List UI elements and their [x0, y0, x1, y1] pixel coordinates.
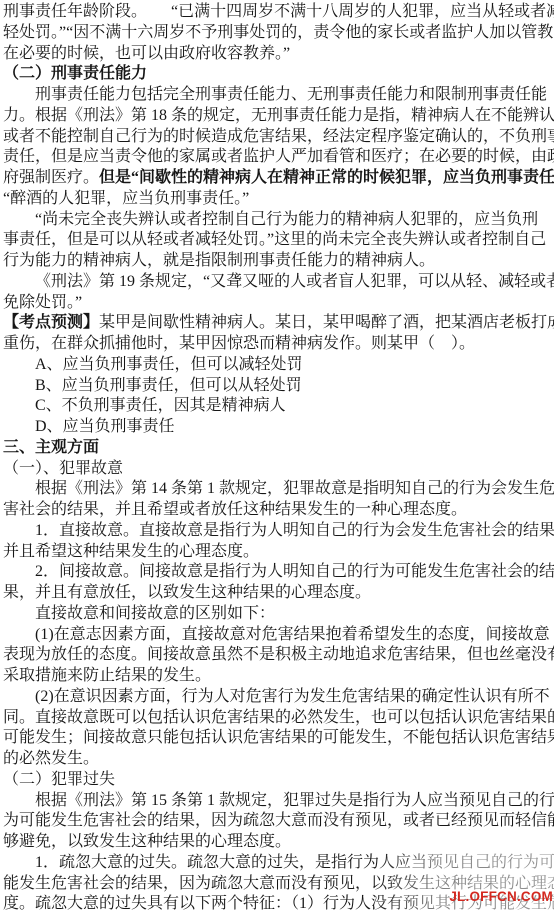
body-text: 为可能发生危害社会的结果，因为疏忽大意而没有预见，或者已经预见而轻信能 — [3, 812, 554, 829]
body-text: 行为能力的精神病人，就是指限制刑事责任能力的精神病人。 — [3, 252, 435, 269]
text-line: 同。直接故意既可以包括认识危害结果的必然发生，也可以包括认识危害结果的 — [3, 708, 553, 729]
emphasis-text: 但是“间歇性的精神病人在精神正常的时候犯罪，应当负刑事责任。” — [99, 169, 554, 186]
text-line: （二）犯罪过失 — [3, 770, 553, 791]
text-line: 并且希望这种结果发生的心理态度。 — [3, 542, 553, 563]
text-line: 责任，但是应当责令他的家属或者监护人严加看管和医疗；在必要的时候，由政 — [3, 147, 553, 168]
text-line: 行为能力的精神病人，就是指限制刑事责任能力的精神病人。 — [3, 251, 553, 272]
site-watermark: JL.OFFCN.COM — [449, 889, 553, 904]
text-line: 轻处罚。”“因不满十六周岁不予刑事处罚的，责令他的家长或者监护人加以管教； — [3, 23, 553, 44]
document-body: 刑事责任年龄阶段。 “已满十四周岁不满十八周岁的人犯罪，应当从轻或者减轻处罚。”… — [3, 2, 553, 915]
text-line: （一）、犯罪故意 — [3, 459, 553, 480]
body-text: 可能发生；间接故意只能包括认识危害结果的可能发生，不能包括认识危害结果 — [3, 729, 554, 746]
text-line: 2．间接故意。间接故意是指行为人明知自己的行为可能发生危害社会的结 — [3, 562, 553, 583]
body-text: （二）犯罪过失 — [3, 771, 115, 788]
body-text: 刑事责任能力包括完全刑事责任能力、无刑事责任能力和限制刑事责任能 — [35, 86, 547, 103]
emphasis-text: 【考点预测】 — [3, 314, 99, 331]
text-line: “尚未完全丧失辨认或者控制自己行为能力的精神病人犯罪的，应当负刑 — [3, 210, 553, 231]
body-text: 1．直接故意。直接故意是指行为人明知自己的行为会发生危害社会的结果， — [35, 522, 554, 539]
body-text: 轻处罚。”“因不满十六周岁不予刑事处罚的，责令他的家长或者监护人加以管教； — [3, 24, 554, 41]
text-line: 府强制医疗。但是“间歇性的精神病人在精神正常的时候犯罪，应当负刑事责任。” — [3, 168, 553, 189]
text-line: A、应当负刑事责任，但可以减轻处罚 — [3, 355, 553, 376]
body-text: 《刑法》第 19 条规定，“又聋又哑的人或者盲人犯罪，可以从轻、减轻或者 — [35, 273, 554, 290]
body-text: （一）、犯罪故意 — [3, 460, 123, 477]
text-line: 根据《刑法》第 15 条第 1 款规定，犯罪过失是指行为人应当预见自己的行 — [3, 791, 553, 812]
text-line: 刑事责任能力包括完全刑事责任能力、无刑事责任能力和限制刑事责任能 — [3, 85, 553, 106]
body-text: 的必然发生。 — [3, 750, 99, 767]
emphasis-text: 三、主观方面 — [3, 439, 99, 456]
emphasis-text: （二）刑事责任能力 — [3, 65, 147, 82]
body-text: D、应当负刑事责任 — [35, 418, 175, 435]
body-text: 责任，但是应当责令他的家属或者监护人严加看管和医疗；在必要的时候，由政 — [3, 148, 554, 165]
body-text: 够避免，以致发生这种结果的心理态度。 — [3, 833, 291, 850]
body-text: 并且希望这种结果发生的心理态度。 — [3, 543, 259, 560]
text-line: 力。根据《刑法》第 18 条的规定，无刑事责任能力是指，精神病人在不能辨认 — [3, 106, 553, 127]
body-text: A、应当负刑事责任，但可以减轻处罚 — [35, 356, 303, 373]
body-text: 采取措施来防止结果的发生。 — [3, 667, 211, 684]
text-line: 1．直接故意。直接故意是指行为人明知自己的行为会发生危害社会的结果， — [3, 521, 553, 542]
text-line: 事责任，但是可以从轻或者减轻处罚。”这里的尚未完全丧失辨认或者控制自己 — [3, 230, 553, 251]
document-page: 刑事责任年龄阶段。 “已满十四周岁不满十八周岁的人犯罪，应当从轻或者减轻处罚。”… — [0, 0, 554, 915]
text-line: 三、主观方面 — [3, 438, 553, 459]
text-line: 果，并且有意放任，以致发生这种结果的心理态度。 — [3, 583, 553, 604]
text-line: 表现为放任的态度。间接故意虽然不是积极主动地追求危害结果，但也丝毫没有 — [3, 645, 553, 666]
text-line: 为可能发生危害社会的结果，因为疏忽大意而没有预见，或者已经预见而轻信能 — [3, 811, 553, 832]
body-text: 1．疏忽大意的过失。疏忽大意的过失，是指行为人应当预见自己的行为可 — [35, 854, 554, 871]
text-line: D、应当负刑事责任 — [3, 417, 553, 438]
body-text: 同。直接故意既可以包括认识危害结果的必然发生，也可以包括认识危害结果的 — [3, 709, 554, 726]
text-line: “醉酒的人犯罪，应当负刑事责任。” — [3, 189, 553, 210]
body-text: 2．间接故意。间接故意是指行为人明知自己的行为可能发生危害社会的结 — [35, 563, 554, 580]
body-text: 根据《刑法》第 15 条第 1 款规定，犯罪过失是指行为人应当预见自己的行 — [35, 792, 554, 809]
text-line: 采取措施来防止结果的发生。 — [3, 666, 553, 687]
text-line: 或者不能控制自己行为的时候造成危害结果，经法定程序鉴定确认的，不负刑事 — [3, 127, 553, 148]
text-line: 【考点预测】某甲是间歇性精神病人。某日，某甲喝醉了酒，把某酒店老板打成 — [3, 313, 553, 334]
body-text: 或者不能控制自己行为的时候造成危害结果，经法定程序鉴定确认的，不负刑事 — [3, 128, 554, 145]
text-line: B、应当负刑事责任，但可以从轻处罚 — [3, 376, 553, 397]
text-line: 刑事责任年龄阶段。 “已满十四周岁不满十八周岁的人犯罪，应当从轻或者减 — [3, 2, 553, 23]
body-text: “醉酒的人犯罪，应当负刑事责任。” — [3, 190, 249, 207]
text-line: 免除处罚。” — [3, 293, 553, 314]
body-text: 根据《刑法》第 14 条第 1 款规定，犯罪故意是指明知自己的行为会发生危 — [35, 480, 554, 497]
body-text: 免除处罚。” — [3, 294, 82, 311]
body-text: “尚未完全丧失辨认或者控制自己行为能力的精神病人犯罪的，应当负刑 — [35, 211, 538, 228]
body-text: 府强制医疗。 — [3, 169, 99, 186]
text-line: 在必要的时候，也可以由政府收容教养。” — [3, 44, 553, 65]
text-line: 直接故意和间接故意的区别如下： — [3, 604, 553, 625]
text-line: (1)在意志因素方面，直接故意对危害结果抱着希望发生的态度，间接故意 — [3, 625, 553, 646]
text-line: (2)在意识因素方面，行为人对危害行为发生危害结果的确定性认识有所不 — [3, 687, 553, 708]
body-text: C、不负刑事责任，因其是精神病人 — [35, 397, 286, 414]
body-text: 果，并且有意放任，以致发生这种结果的心理态度。 — [3, 584, 371, 601]
body-text: 在必要的时候，也可以由政府收容教养。” — [3, 45, 290, 62]
body-text: 力。根据《刑法》第 18 条的规定，无刑事责任能力是指，精神病人在不能辨认 — [3, 107, 554, 124]
text-line: 《刑法》第 19 条规定，“又聋又哑的人或者盲人犯罪，可以从轻、减轻或者 — [3, 272, 553, 293]
body-text: 表现为放任的态度。间接故意虽然不是积极主动地追求危害结果，但也丝毫没有 — [3, 646, 554, 663]
body-text: 事责任，但是可以从轻或者减轻处罚。”这里的尚未完全丧失辨认或者控制自己 — [3, 231, 546, 248]
text-line: 的必然发生。 — [3, 749, 553, 770]
body-text: (1)在意志因素方面，直接故意对危害结果抱着希望发生的态度，间接故意 — [35, 626, 550, 643]
text-line: C、不负刑事责任，因其是精神病人 — [3, 396, 553, 417]
text-line: 可能发生；间接故意只能包括认识危害结果的可能发生，不能包括认识危害结果 — [3, 728, 553, 749]
body-text: B、应当负刑事责任，但可以从轻处罚 — [35, 377, 302, 394]
body-text: 某甲是间歇性精神病人。某日，某甲喝醉了酒，把某酒店老板打成 — [99, 314, 554, 331]
text-line: （二）刑事责任能力 — [3, 64, 553, 85]
body-text: 刑事责任年龄阶段。 “已满十四周岁不满十八周岁的人犯罪，应当从轻或者减 — [3, 3, 554, 20]
body-text: 害社会的结果，并且希望或者放任这种结果发生的一种心理态度。 — [3, 501, 467, 518]
body-text: (2)在意识因素方面，行为人对危害行为发生危害结果的确定性认识有所不 — [35, 688, 550, 705]
text-line: 1．疏忽大意的过失。疏忽大意的过失，是指行为人应当预见自己的行为可 — [3, 853, 553, 874]
text-line: 根据《刑法》第 14 条第 1 款规定，犯罪故意是指明知自己的行为会发生危 — [3, 479, 553, 500]
body-text: 直接故意和间接故意的区别如下： — [35, 605, 275, 622]
text-line: 害社会的结果，并且希望或者放任这种结果发生的一种心理态度。 — [3, 500, 553, 521]
text-line: 重伤，在群众抓捕他时，某甲因惊恐而精神病发作。则某甲（ ）。 — [3, 334, 553, 355]
text-line: 够避免，以致发生这种结果的心理态度。 — [3, 832, 553, 853]
body-text: 重伤，在群众抓捕他时，某甲因惊恐而精神病发作。则某甲（ ）。 — [3, 335, 475, 352]
